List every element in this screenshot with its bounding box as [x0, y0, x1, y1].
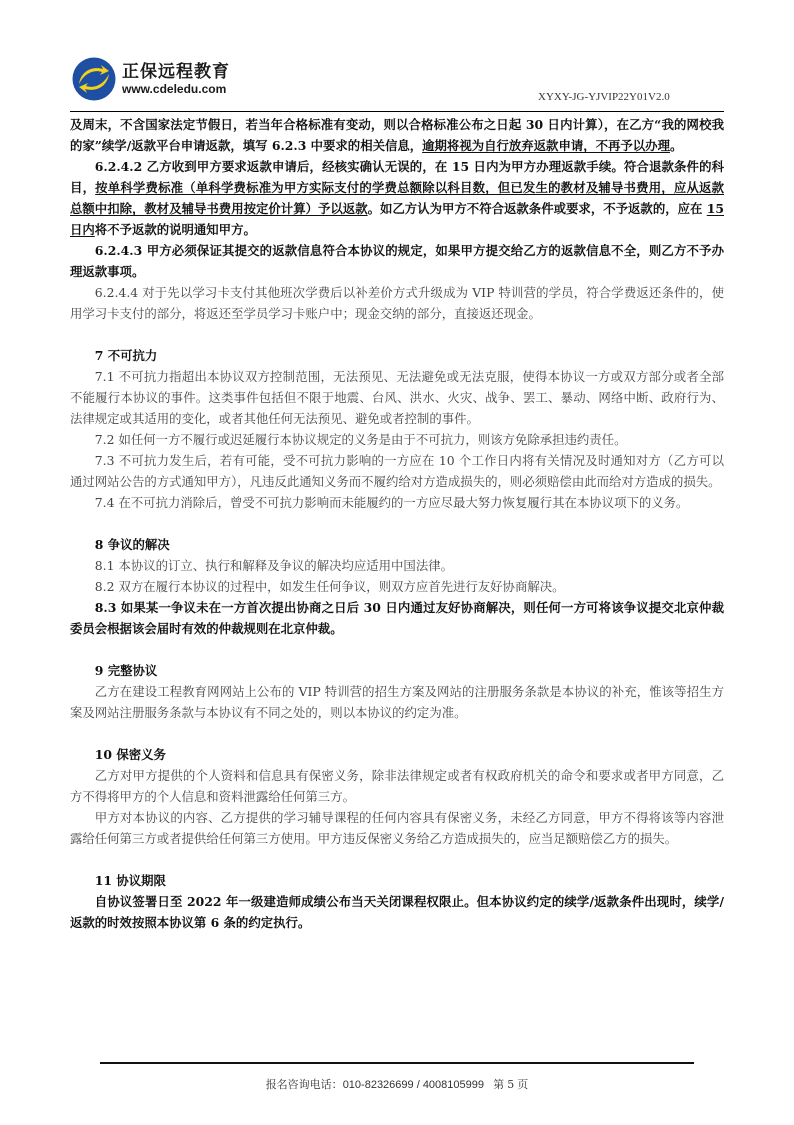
document-body: 及周末，不含国家法定节假日，若当年合格标准有变动，则以合格标准公布之日起 30 … — [70, 114, 724, 933]
header-divider — [70, 111, 724, 112]
paragraph-7-3: 7.3 不可抗力发生后，若有可能，受不可抗力影响的一方应在 10 个工作日内将有… — [70, 450, 724, 492]
paragraph-6-2-4-3: 6.2.4.3 甲方必须保证其提交的返款信息符合本协议的规定，如果甲方提交给乙方… — [70, 240, 724, 282]
paragraph-8-1: 8.1 本协议的订立、执行和解释及争议的解决均应适用中国法律。 — [70, 555, 724, 576]
section-title: 8 争议的解决 — [70, 534, 724, 555]
cdeledu-logo-icon — [72, 57, 116, 101]
footer-divider — [100, 1062, 694, 1064]
footer-phones: 010-82326699 / 4008105999 — [343, 1079, 484, 1091]
brand: 正保远程教育 www.cdeledu.com — [122, 62, 230, 96]
document-code: XYXY-JG-YJVIP22Y01V2.0 — [538, 91, 670, 103]
underlined-text: 逾期将视为自行放弃返款申请，不再予以办理 — [422, 138, 670, 153]
page-suffix: 页 — [517, 1078, 528, 1091]
section-8: 8 争议的解决 8.1 本协议的订立、执行和解释及争议的解决均应适用中国法律。 … — [70, 534, 724, 639]
text: 。 — [670, 138, 682, 153]
section-9: 9 完整协议 乙方在建设工程教育网网站上公布的 VIP 特训营的招生方案及网站的… — [70, 660, 724, 723]
paragraph-8-2: 8.2 双方在履行本协议的过程中，如发生任何争议，则双方应首先进行友好协商解决。 — [70, 576, 724, 597]
paragraph-8-3: 8.3 如果某一争议未在一方首次提出协商之日后 30 日内通过友好协商解决，则任… — [70, 597, 724, 639]
footer-label: 报名咨询电话： — [266, 1078, 343, 1091]
paragraph-11: 自协议签署日至 2022 年一级建造师成绩公布当天关闭课程权限止。但本协议约定的… — [70, 891, 724, 933]
page-footer: 报名咨询电话：010-82326699 / 4008105999 第 5 页 — [0, 1076, 794, 1092]
paragraph-9: 乙方在建设工程教育网网站上公布的 VIP 特训营的招生方案及网站的注册服务条款是… — [70, 681, 724, 723]
section-11: 11 协议期限 自协议签署日至 2022 年一级建造师成绩公布当天关闭课程权限止… — [70, 870, 724, 933]
paragraph-7-1: 7.1 不可抗力指超出本协议双方控制范围，无法预见、无法避免或无法克服，使得本协… — [70, 366, 724, 429]
section-title: 10 保密义务 — [70, 744, 724, 765]
text: 将不予返款的说明通知甲方。 — [95, 222, 256, 237]
paragraph-10-b: 甲方对本协议的内容、乙方提供的学习辅导课程的任何内容具有保密义务，未经乙方同意，… — [70, 807, 724, 849]
page-number: 5 — [507, 1078, 514, 1091]
paragraph-6-2-4-2: 6.2.4.2 乙方收到甲方要求返款申请后，经核实确认无误的，在 15 日内为甲… — [70, 156, 724, 240]
section-title: 9 完整协议 — [70, 660, 724, 681]
page-prefix: 第 — [493, 1078, 504, 1091]
section-title: 7 不可抗力 — [70, 345, 724, 366]
section-10: 10 保密义务 乙方对甲方提供的个人资料和信息具有保密义务，除非法律规定或者有权… — [70, 744, 724, 849]
section-7: 7 不可抗力 7.1 不可抗力指超出本协议双方控制范围，无法预见、无法避免或无法… — [70, 345, 724, 513]
brand-url: www.cdeledu.com — [122, 82, 230, 96]
paragraph-10-a: 乙方对甲方提供的个人资料和信息具有保密义务，除非法律规定或者有权政府机关的命令和… — [70, 765, 724, 807]
paragraph-6-2-4-4: 6.2.4.4 对于先以学习卡支付其他班次学费后以补差价方式升级成为 VIP 特… — [70, 282, 724, 324]
paragraph-7-4: 7.4 在不可抗力消除后，曾受不可抗力影响而未能履约的一方应尽最大努力恢复履行其… — [70, 492, 724, 513]
paragraph-7-2: 7.2 如任何一方不履行或迟延履行本协议规定的义务是由于不可抗力，则该方免除承担… — [70, 429, 724, 450]
brand-name: 正保远程教育 — [122, 62, 230, 82]
text: 。如乙方认为甲方不符合返款条件或要求，不予返款的，应在 — [368, 201, 707, 216]
section-title: 11 协议期限 — [70, 870, 724, 891]
paragraph-refund-deadline: 及周末，不含国家法定节假日，若当年合格标准有变动，则以合格标准公布之日起 30 … — [70, 114, 724, 156]
